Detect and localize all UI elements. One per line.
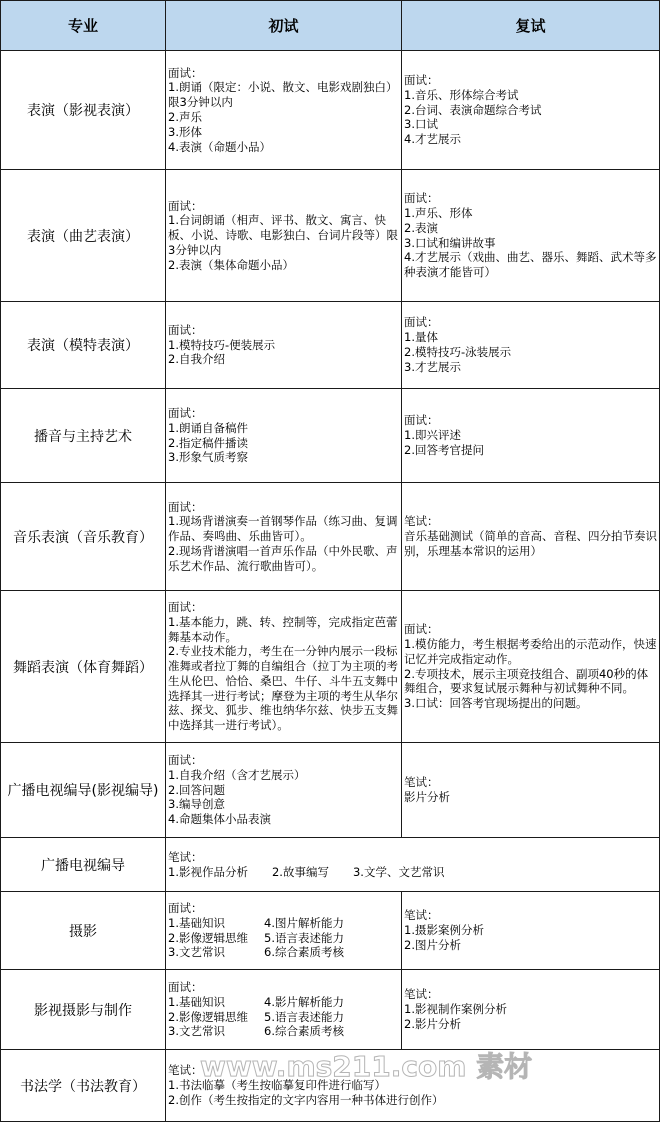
line: 面试： (168, 753, 399, 768)
line: 1.朗诵（限定：小说、散文、电影戏剧独白）限3分钟以内 (168, 80, 399, 110)
major-cell: 播音与主持艺术 (1, 389, 166, 483)
first-exam-cell: 面试： 1.朗诵自备稿件 2.指定稿件播读 3.形象气质考察 (166, 389, 402, 483)
table-row: 舞蹈表演（体育舞蹈） 面试： 1.基本能力，跳、转、控制等，完成指定芭蕾舞基本动… (1, 591, 660, 743)
table-row: 摄影 面试： 1.基础知识 4.图片解析能力 2.影像逻辑思维 5.语言表述能力… (1, 892, 660, 970)
table-row: 播音与主持艺术 面试： 1.朗诵自备稿件 2.指定稿件播读 3.形象气质考察 面… (1, 389, 660, 483)
line: 2.图片分析 (404, 938, 657, 953)
major-cell: 摄影 (1, 892, 166, 970)
item: 1.基础知识 (168, 995, 264, 1010)
line: 2.专项技术，展示主项竞技组合、副项40秒的体舞组合，要求复试展示舞种与初试舞种… (404, 667, 657, 697)
item: 3.文艺常识 (168, 1024, 264, 1039)
line: 影片分析 (404, 790, 657, 805)
item-grid: 1.基础知识 4.影片解析能力 2.影像逻辑思维 5.语言表述能力 3.文艺常识… (168, 995, 399, 1039)
line: 1.朗诵自备稿件 (168, 421, 399, 436)
table-row: 表演（影视表演） 面试： 1.朗诵（限定：小说、散文、电影戏剧独白）限3分钟以内… (1, 51, 660, 170)
line: 笔试： (404, 987, 657, 1002)
line: 面试： (404, 413, 657, 428)
first-exam-cell: 面试： 1.基础知识 4.图片解析能力 2.影像逻辑思维 5.语言表述能力 3.… (166, 892, 402, 970)
line: 1.影视作品分析2.故事编写3.文学、文艺常识 (168, 865, 657, 880)
major-cell: 书法学（书法教育） (1, 1050, 166, 1122)
second-exam-cell: 笔试： 音乐基础测试（简单的音高、音程、四分拍节奏识别，乐理基本常识的运用） (402, 483, 660, 591)
combined-exam-cell: 笔试： 1.影视作品分析2.故事编写3.文学、文艺常识 (166, 838, 660, 892)
first-exam-cell: 面试： 1.自我介绍（含才艺展示） 2.回答问题 3.编导创意 4.命题集体小品… (166, 743, 402, 838)
first-exam-cell: 面试： 1.朗诵（限定：小说、散文、电影戏剧独白）限3分钟以内 2.声乐 3.形… (166, 51, 402, 170)
line: 笔试： (404, 908, 657, 923)
line: 面试： (168, 980, 399, 995)
line: 2.影片分析 (404, 1017, 657, 1032)
header-second-exam: 复试 (402, 1, 660, 51)
line: 2.回答问题 (168, 783, 399, 798)
line: 2.表演（集体命题小品） (168, 258, 399, 273)
table-row: 表演（曲艺表演） 面试： 1.台词朗诵（相声、评书、散文、寓言、快板、小说、诗歌… (1, 170, 660, 302)
line: 1.模仿能力，考生根据考委给出的示范动作，快速记忆并完成指定动作。 (404, 637, 657, 667)
table-row: 音乐表演（音乐教育） 面试： 1.现场背谱演奏一首钢琴作品（练习曲、复调作品、奏… (1, 483, 660, 591)
line: 笔试： (404, 775, 657, 790)
line: 面试： (404, 191, 657, 206)
line: 面试： (168, 600, 399, 615)
item: 1.基础知识 (168, 916, 264, 931)
exam-table: 专业 初试 复试 表演（影视表演） 面试： 1.朗诵（限定：小说、散文、电影戏剧… (0, 0, 660, 1122)
table-row: 广播电视编导 笔试： 1.影视作品分析2.故事编写3.文学、文艺常识 (1, 838, 660, 892)
item: 6.综合素质考核 (264, 945, 399, 960)
item: 3.文学、文艺常识 (353, 865, 444, 879)
line: 面试： (404, 315, 657, 330)
line: 2.创作（考生按指定的文字内容用一种书体进行创作） (168, 1093, 657, 1108)
second-exam-cell: 笔试： 影片分析 (402, 743, 660, 838)
line: 3.形体 (168, 125, 399, 140)
first-exam-cell: 面试： 1.台词朗诵（相声、评书、散文、寓言、快板、小说、诗歌、电影独白、台词片… (166, 170, 402, 302)
item: 5.语言表述能力 (264, 931, 399, 946)
line: 面试： (168, 500, 399, 515)
item: 4.影片解析能力 (264, 995, 399, 1010)
line: 面试： (404, 73, 657, 88)
line: 1.现场背谱演奏一首钢琴作品（练习曲、复调作品、奏鸣曲、乐曲皆可）。 (168, 514, 399, 544)
major-cell: 表演（曲艺表演） (1, 170, 166, 302)
major-cell: 广播电视编导 (1, 838, 166, 892)
line: 音乐基础测试（简单的音高、音程、四分拍节奏识别，乐理基本常识的运用） (404, 529, 657, 559)
line: 2.回答考官提问 (404, 443, 657, 458)
line: 1.声乐、形体 (404, 206, 657, 221)
line: 笔试： (404, 514, 657, 529)
line: 1.摄影案例分析 (404, 923, 657, 938)
line: 面试： (168, 199, 399, 214)
line: 笔试： (168, 1063, 657, 1078)
line: 1.台词朗诵（相声、评书、散文、寓言、快板、小说、诗歌、电影独白、台词片段等）限… (168, 213, 399, 257)
item-grid: 1.基础知识 4.图片解析能力 2.影像逻辑思维 5.语言表述能力 3.文艺常识… (168, 916, 399, 960)
line: 2.自我介绍 (168, 352, 399, 367)
line: 3.口试和编讲故事 (404, 236, 657, 251)
first-exam-cell: 面试： 1.现场背谱演奏一首钢琴作品（练习曲、复调作品、奏鸣曲、乐曲皆可）。 2… (166, 483, 402, 591)
second-exam-cell: 面试： 1.声乐、形体 2.表演 3.口试和编讲故事 4.才艺展示（戏曲、曲艺、… (402, 170, 660, 302)
line: 3.才艺展示 (404, 360, 657, 375)
line: 3.口试 (404, 117, 657, 132)
line: 3.口试：回答考官现场提出的问题。 (404, 696, 657, 711)
first-exam-cell: 面试： 1.基础知识 4.影片解析能力 2.影像逻辑思维 5.语言表述能力 3.… (166, 970, 402, 1050)
line: 1.量体 (404, 330, 657, 345)
line: 1.书法临摹（考生按临摹复印件进行临写） (168, 1078, 657, 1093)
item: 1.影视作品分析 (168, 865, 248, 879)
second-exam-cell: 面试： 1.即兴评述 2.回答考官提问 (402, 389, 660, 483)
second-exam-cell: 面试： 1.模仿能力，考生根据考委给出的示范动作，快速记忆并完成指定动作。 2.… (402, 591, 660, 743)
line: 面试： (168, 901, 399, 916)
combined-exam-cell: 笔试： 1.书法临摹（考生按临摹复印件进行临写） 2.创作（考生按指定的文字内容… (166, 1050, 660, 1122)
table-row: 书法学（书法教育） 笔试： 1.书法临摹（考生按临摹复印件进行临写） 2.创作（… (1, 1050, 660, 1122)
table-row: 影视摄影与制作 面试： 1.基础知识 4.影片解析能力 2.影像逻辑思维 5.语… (1, 970, 660, 1050)
line: 4.才艺展示 (404, 132, 657, 147)
line: 1.影视制作案例分析 (404, 1002, 657, 1017)
major-cell: 舞蹈表演（体育舞蹈） (1, 591, 166, 743)
line: 3.形象气质考察 (168, 450, 399, 465)
line: 笔试： (168, 850, 657, 865)
second-exam-cell: 笔试： 1.摄影案例分析 2.图片分析 (402, 892, 660, 970)
item: 5.语言表述能力 (264, 1010, 399, 1025)
line: 面试： (168, 406, 399, 421)
line: 2.指定稿件播读 (168, 436, 399, 451)
line: 3.编导创意 (168, 797, 399, 812)
header-first-exam: 初试 (166, 1, 402, 51)
item: 6.综合素质考核 (264, 1024, 399, 1039)
line: 2.台词、表演命题综合考试 (404, 103, 657, 118)
line: 1.音乐、形体综合考试 (404, 88, 657, 103)
line: 1.即兴评述 (404, 428, 657, 443)
second-exam-cell: 面试： 1.量体 2.模特技巧-泳装展示 3.才艺展示 (402, 302, 660, 389)
item: 3.文艺常识 (168, 945, 264, 960)
line: 2.模特技巧-泳装展示 (404, 345, 657, 360)
line: 1.基本能力，跳、转、控制等，完成指定芭蕾舞基本动作。 (168, 615, 399, 645)
second-exam-cell: 面试： 1.音乐、形体综合考试 2.台词、表演命题综合考试 3.口试 4.才艺展… (402, 51, 660, 170)
major-cell: 影视摄影与制作 (1, 970, 166, 1050)
first-exam-cell: 面试： 1.基本能力，跳、转、控制等，完成指定芭蕾舞基本动作。 2.专业技术能力… (166, 591, 402, 743)
line: 2.专业技术能力，考生在一分钟内展示一段标准舞或者拉丁舞的自编组合（拉丁为主项的… (168, 644, 399, 733)
header-major: 专业 (1, 1, 166, 51)
major-cell: 表演（影视表演） (1, 51, 166, 170)
line: 2.表演 (404, 221, 657, 236)
item: 2.影像逻辑思维 (168, 931, 264, 946)
line: 面试： (168, 323, 399, 338)
header-row: 专业 初试 复试 (1, 1, 660, 51)
item: 4.图片解析能力 (264, 916, 399, 931)
line: 4.命题集体小品表演 (168, 812, 399, 827)
line: 2.声乐 (168, 110, 399, 125)
item: 2.故事编写 (272, 865, 329, 879)
major-cell: 广播电视编导(影视编导) (1, 743, 166, 838)
line: 面试： (404, 622, 657, 637)
line: 1.模特技巧-便装展示 (168, 338, 399, 353)
line: 1.自我介绍（含才艺展示） (168, 768, 399, 783)
table-row: 表演（模特表演） 面试： 1.模特技巧-便装展示 2.自我介绍 面试： 1.量体… (1, 302, 660, 389)
major-cell: 表演（模特表演） (1, 302, 166, 389)
table-row: 广播电视编导(影视编导) 面试： 1.自我介绍（含才艺展示） 2.回答问题 3.… (1, 743, 660, 838)
line: 2.现场背谱演唱一首声乐作品（中外民歌、声乐艺术作品、流行歌曲皆可）。 (168, 544, 399, 574)
major-cell: 音乐表演（音乐教育） (1, 483, 166, 591)
first-exam-cell: 面试： 1.模特技巧-便装展示 2.自我介绍 (166, 302, 402, 389)
line: 4.才艺展示（戏曲、曲艺、器乐、舞蹈、武术等多种表演才能皆可） (404, 250, 657, 280)
second-exam-cell: 笔试： 1.影视制作案例分析 2.影片分析 (402, 970, 660, 1050)
line: 4.表演（命题小品） (168, 140, 399, 155)
line: 面试： (168, 66, 399, 81)
item: 2.影像逻辑思维 (168, 1010, 264, 1025)
